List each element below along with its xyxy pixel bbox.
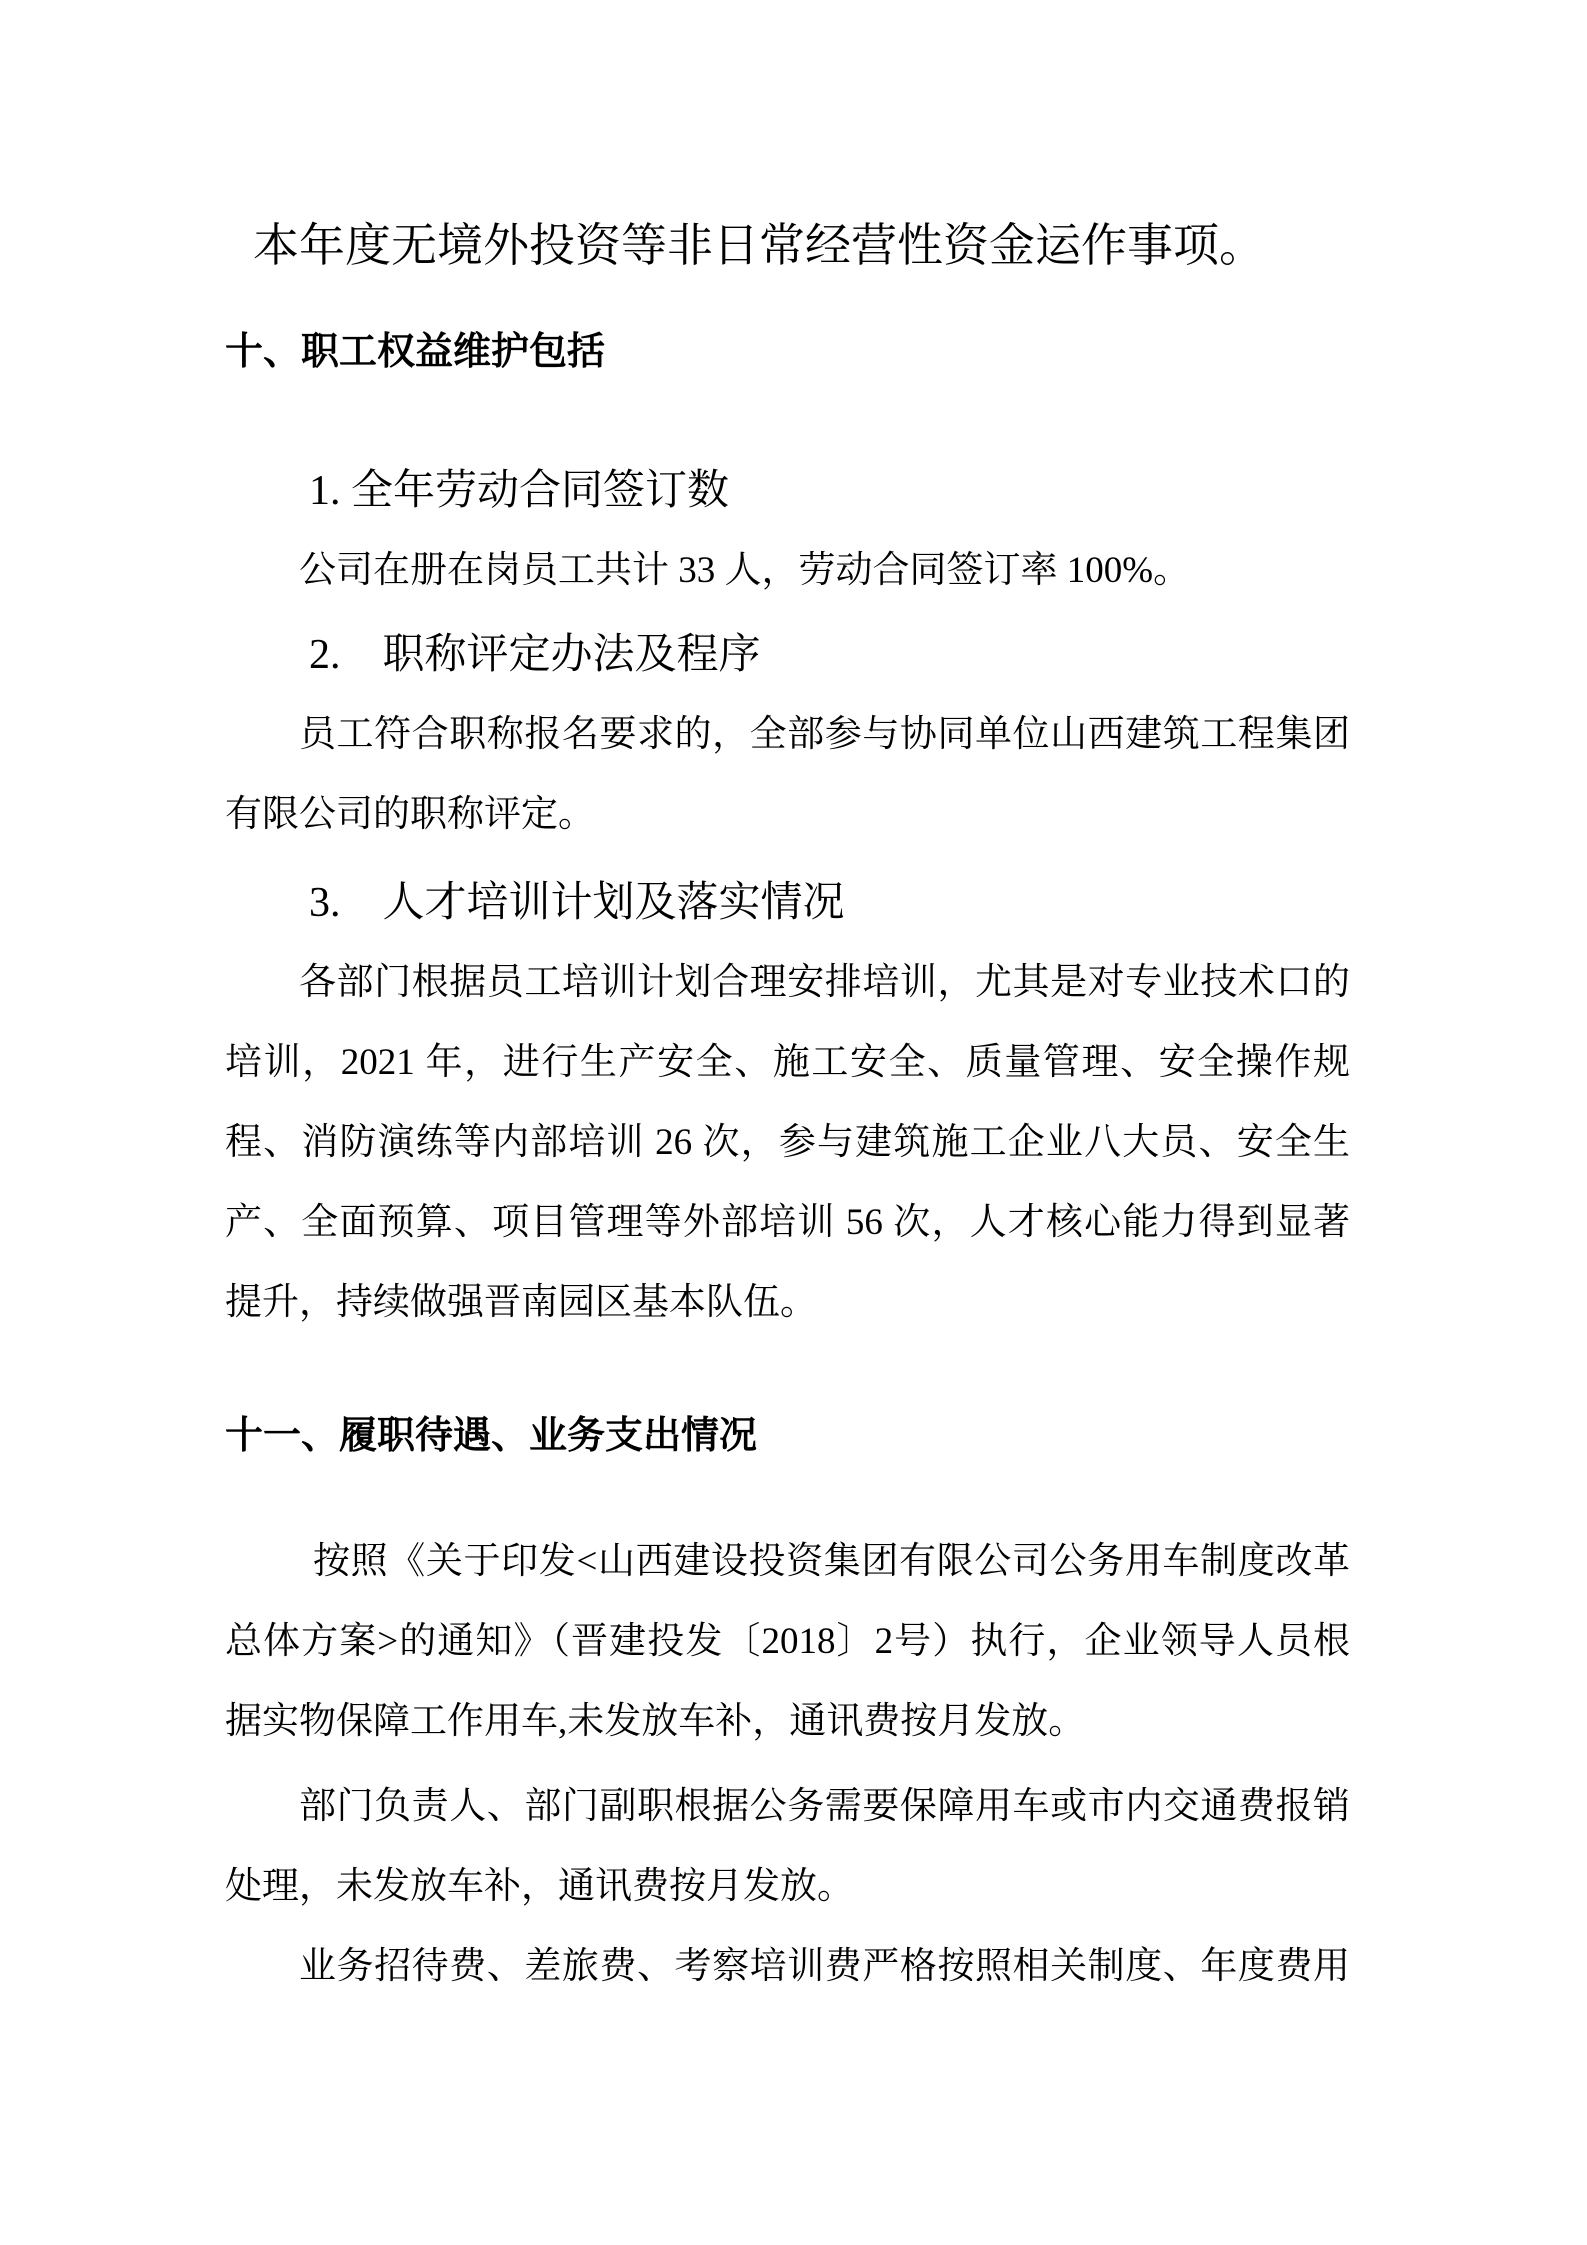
section-heading-10: 十、职工权益维护包括 xyxy=(225,312,1350,392)
paragraph-line: 有限公司的职称评定。 xyxy=(225,775,1350,855)
paragraph-line: 程、消防演练等内部培训 26 次，参与建筑施工企业八大员、安全生 xyxy=(225,1103,1350,1183)
paragraph-line: 培训，2021 年，进行生产安全、施工安全、质量管理、安全操作规 xyxy=(225,1023,1350,1103)
paragraph-line: 业务招待费、差旅费、考察培训费严格按照相关制度、年度费用 xyxy=(225,1927,1350,2007)
paragraph-line: 各部门根据员工培训计划合理安排培训，尤其是对专业技术口的 xyxy=(225,943,1350,1023)
document-page: 本年度无境外投资等非日常经营性资金运作事项。 十、职工权益维护包括 1. 全年劳… xyxy=(0,0,1587,2245)
subheading-1: 1. 全年劳动合同签订数 xyxy=(225,451,1350,531)
subheading-3: 3. 人才培训计划及落实情况 xyxy=(225,863,1350,943)
paragraph-continuation-line: 本年度无境外投资等非日常经营性资金运作事项。 xyxy=(225,206,1350,286)
paragraph-line: 部门负责人、部门副职根据公务需要保障用车或市内交通费报销 xyxy=(225,1767,1350,1847)
paragraph-line: 总体方案>的通知》（晋建投发〔2018〕2号）执行，企业领导人员根 xyxy=(225,1602,1350,1682)
paragraph-line: 产、全面预算、项目管理等外部培训 56 次，人才核心能力得到显著 xyxy=(225,1183,1350,1263)
subheading-2: 2. 职称评定办法及程序 xyxy=(225,615,1350,695)
paragraph-line: 员工符合职称报名要求的，全部参与协同单位山西建筑工程集团 xyxy=(225,695,1350,775)
paragraph-line: 提升，持续做强晋南园区基本队伍。 xyxy=(225,1263,1350,1343)
paragraph-line: 处理，未发放车补，通讯费按月发放。 xyxy=(225,1847,1350,1927)
section-heading-11: 十一、履职待遇、业务支出情况 xyxy=(225,1396,1350,1476)
paragraph-line: 公司在册在岗员工共计 33 人，劳动合同签订率 100%。 xyxy=(225,531,1350,611)
document-content: 本年度无境外投资等非日常经营性资金运作事项。 十、职工权益维护包括 1. 全年劳… xyxy=(225,0,1350,2007)
paragraph-line: 据实物保障工作用车,未发放车补，通讯费按月发放。 xyxy=(225,1682,1350,1762)
paragraph-line: 按照《关于印发<山西建设投资集团有限公司公务用车制度改革 xyxy=(225,1522,1350,1602)
